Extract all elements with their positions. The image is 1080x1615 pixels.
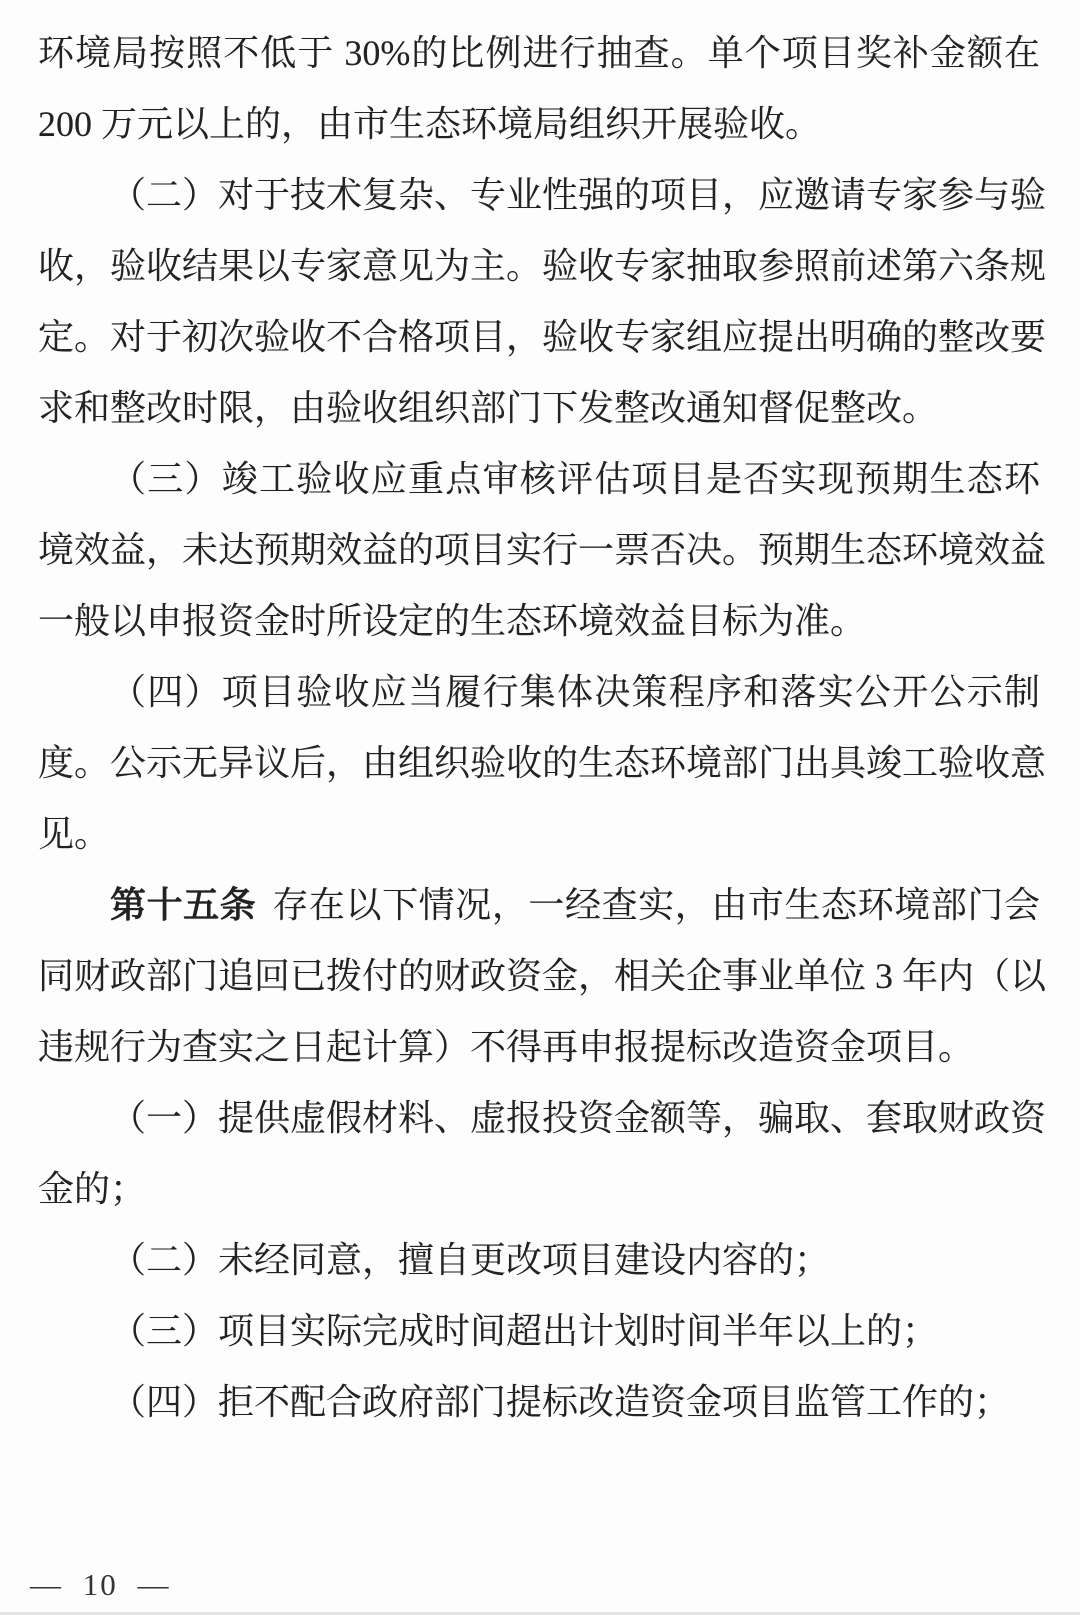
paragraph-article-15: 第十五条存在以下情况，一经查实，由市生态环境部门会 同财政部门追回已拨付的财政资… [38,870,1040,1083]
page-number: — 10 — [30,1567,171,1603]
paragraph: （四）拒不配合政府部门提标改造资金项目监管工作的； [38,1367,1040,1438]
text-line: 收，验收结果以专家意见为主。验收专家抽取参照前述第六条规 [38,231,1040,302]
paragraph: （四）项目验收应当履行集体决策程序和落实公开公示制 度。公示无异议后，由组织验收… [38,657,1040,870]
text-line: 境效益，未达预期效益的项目实行一票否决。预期生态环境效益 [38,515,1040,586]
text-line: （三）项目实际完成时间超出计划时间半年以上的； [38,1296,1040,1367]
text-line: 见。 [38,799,1040,870]
text-line: 第十五条存在以下情况，一经查实，由市生态环境部门会 [38,870,1040,941]
paragraph: 环境局按照不低于 30%的比例进行抽查。单个项目奖补金额在 200 万元以上的，… [38,18,1040,160]
text-line: 一般以申报资金时所设定的生态环境效益目标为准。 [38,586,1040,657]
paragraph: （三）竣工验收应重点审核评估项目是否实现预期生态环 境效益，未达预期效益的项目实… [38,444,1040,657]
text-line: 求和整改时限，由验收组织部门下发整改通知督促整改。 [38,373,1040,444]
text-line: （四）项目验收应当履行集体决策程序和落实公开公示制 [38,657,1040,728]
text-line: 违规行为查实之日起计算）不得再申报提标改造资金项目。 [38,1012,1040,1083]
paragraph: （三）项目实际完成时间超出计划时间半年以上的； [38,1296,1040,1367]
document-page: { "colors": { "background": "#fdfdfd", "… [0,0,1080,1615]
text-line: （二）对于技术复杂、专业性强的项目，应邀请专家参与验 [38,160,1040,231]
article-text: 存在以下情况，一经查实，由市生态环境部门会 [272,885,1040,925]
text-line: 度。公示无异议后，由组织验收的生态环境部门出具竣工验收意 [38,728,1040,799]
paragraph: （二）对于技术复杂、专业性强的项目，应邀请专家参与验 收，验收结果以专家意见为主… [38,160,1040,444]
text-line: （三）竣工验收应重点审核评估项目是否实现预期生态环 [38,444,1040,515]
text-line: 同财政部门追回已拨付的财政资金，相关企事业单位 3 年内（以 [38,941,1040,1012]
text-line: （二）未经同意，擅自更改项目建设内容的； [38,1225,1040,1296]
text-line: 200 万元以上的，由市生态环境局组织开展验收。 [38,89,1040,160]
text-line: 环境局按照不低于 30%的比例进行抽查。单个项目奖补金额在 [38,18,1040,89]
text-line: （四）拒不配合政府部门提标改造资金项目监管工作的； [38,1367,1040,1438]
article-heading: 第十五条 [110,885,256,925]
text-line: 定。对于初次验收不合格项目，验收专家组应提出明确的整改要 [38,302,1040,373]
paragraph: （二）未经同意，擅自更改项目建设内容的； [38,1225,1040,1296]
text-line: 金的； [38,1154,1040,1225]
paragraph: （一）提供虚假材料、虚报投资金额等，骗取、套取财政资 金的； [38,1083,1040,1225]
text-line: （一）提供虚假材料、虚报投资金额等，骗取、套取财政资 [38,1083,1040,1154]
document-body: 环境局按照不低于 30%的比例进行抽查。单个项目奖补金额在 200 万元以上的，… [38,18,1040,1438]
